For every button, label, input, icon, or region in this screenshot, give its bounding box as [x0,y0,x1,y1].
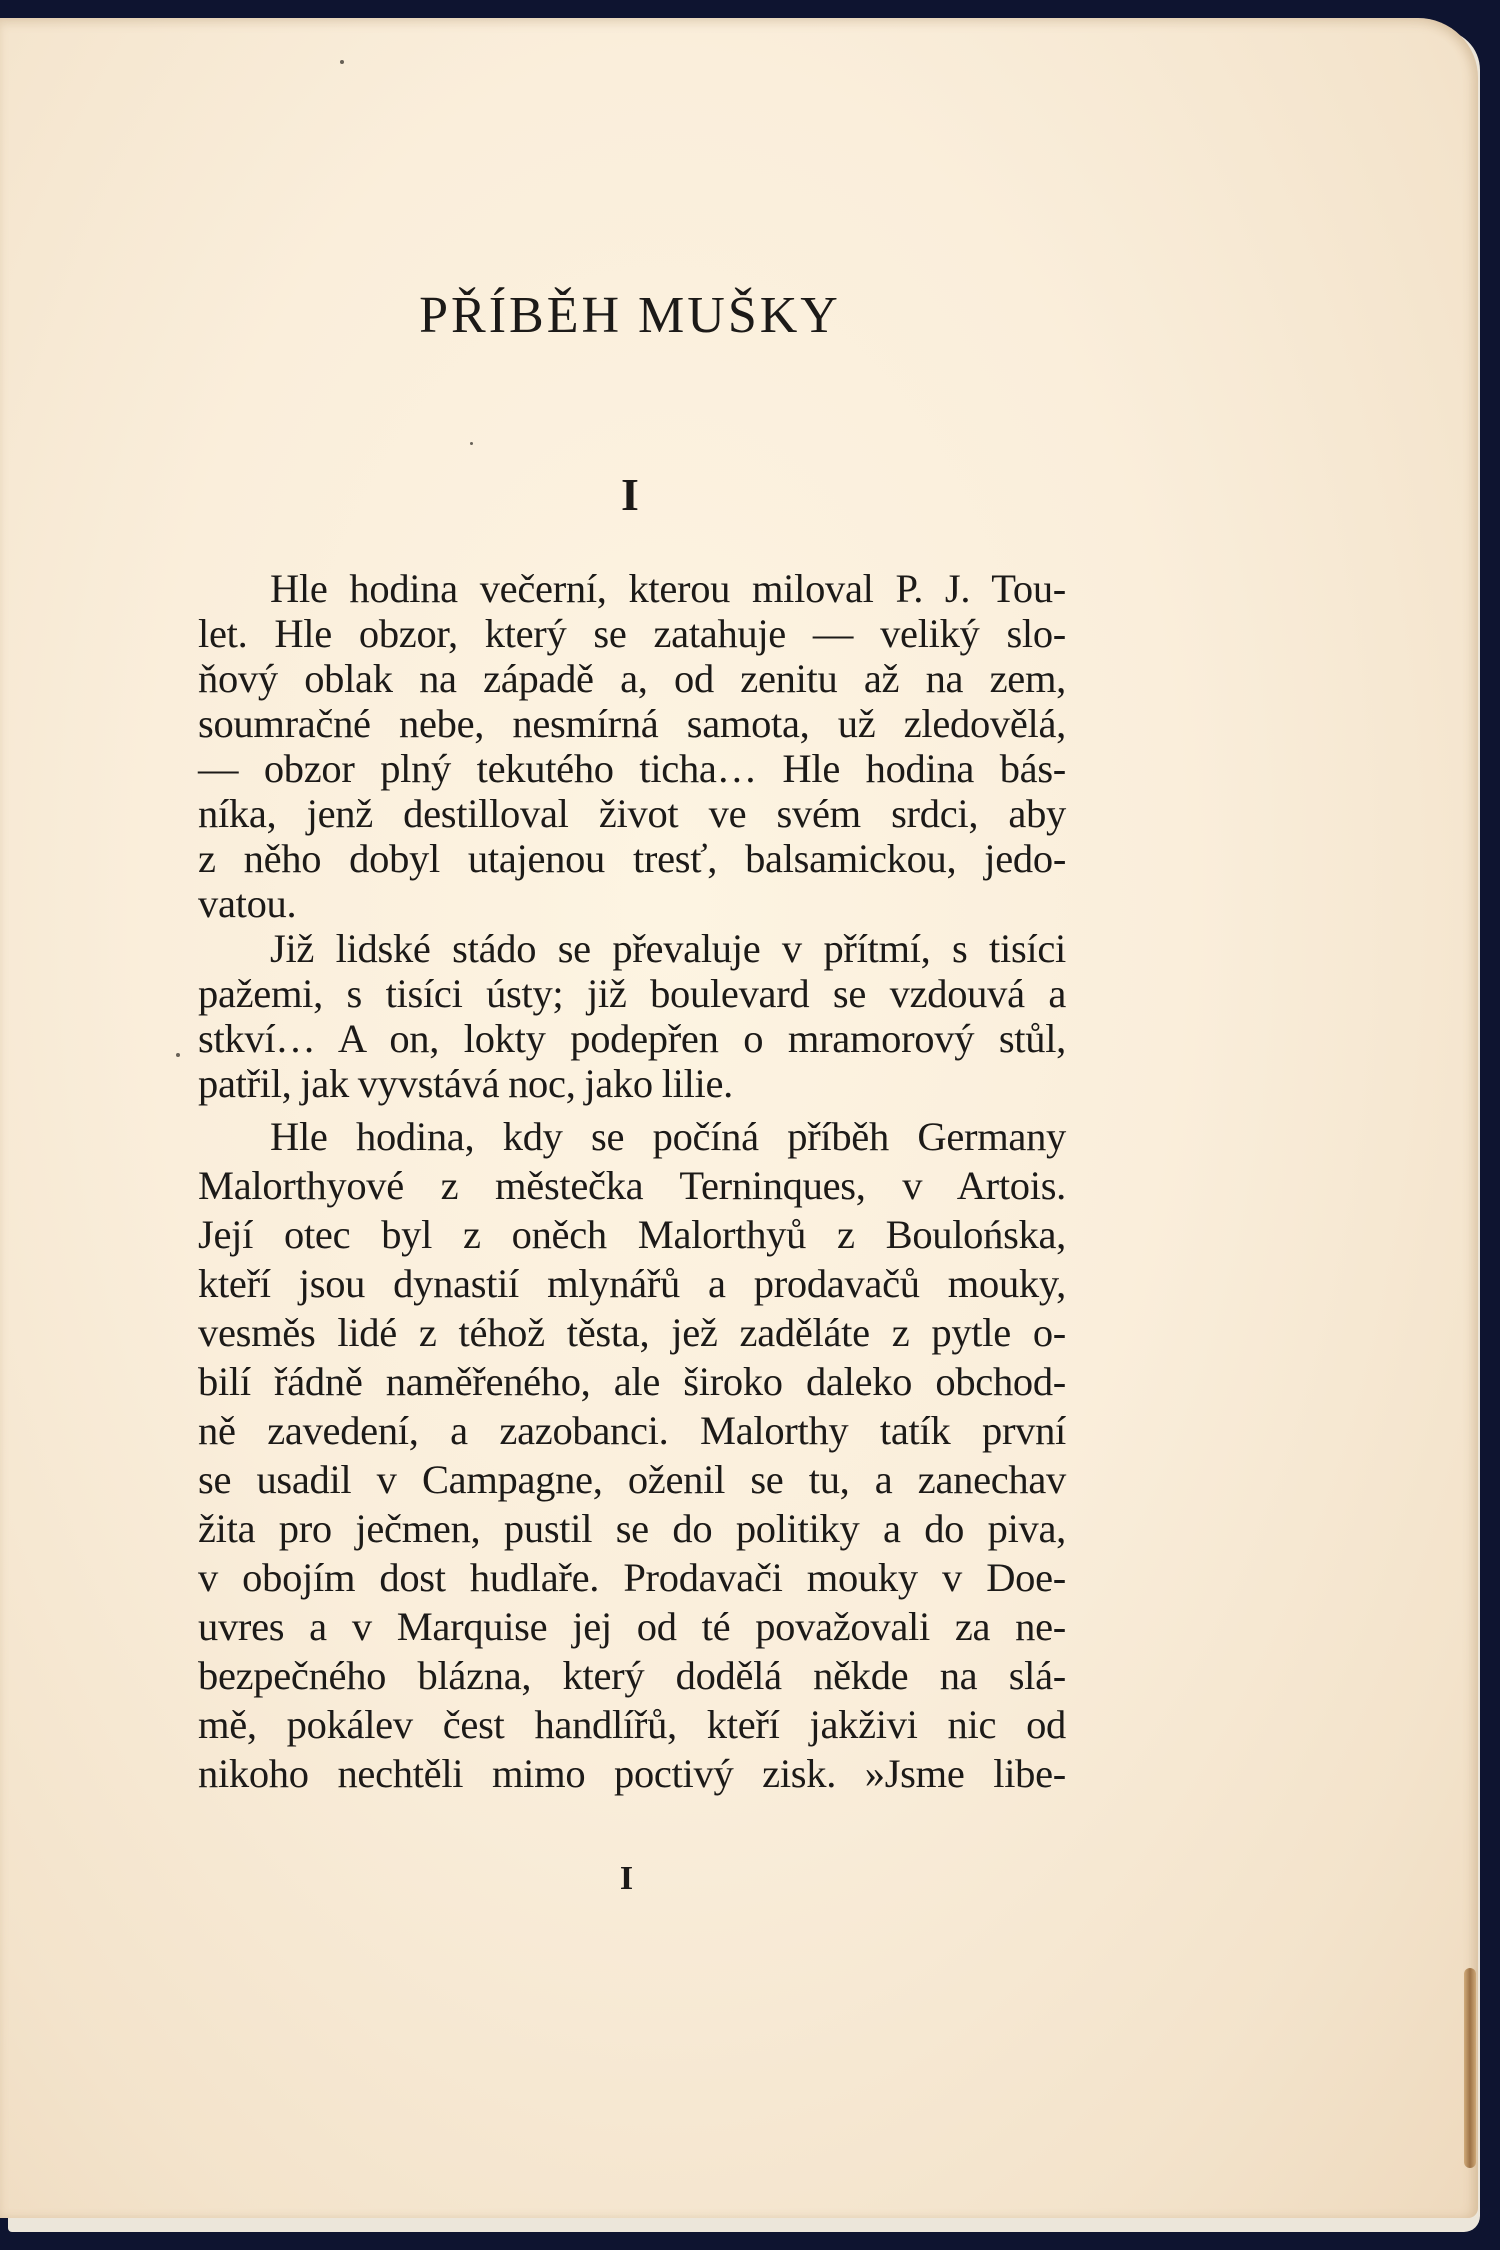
text-line: bezpečného blázna, který dodělá někde na… [198,1651,1066,1700]
paragraph-3: Hle hodina, kdy se počíná příběh Germany… [198,1112,1066,1798]
paper-speck [470,442,473,445]
paper-speck [340,60,344,64]
text-line: vatou. [198,881,1066,926]
paragraph-1: Hle hodina večerní, kterou miloval P. J.… [198,566,1066,1106]
text-line: stkví… A on, lokty podepřen o mramorový … [198,1016,1066,1061]
text-line: mě, pokálev čest handlířů, kteří jakživi… [198,1700,1066,1749]
text-line: let. Hle obzor, který se zatahuje — veli… [198,611,1066,656]
page-edge-stain [1464,1968,1476,2168]
text-line: patřil, jak vyvstává noc, jako lilie. [198,1061,1066,1106]
story-title: PŘÍBĚH MUŠKY [0,286,1260,345]
paper-page: PŘÍBĚH MUŠKY I Hle hodina večerní, ktero… [0,18,1478,2218]
text-line: Hle hodina večerní, kterou miloval P. J.… [198,566,1066,611]
text-line: vesměs lidé z téhož těsta, jež zaděláte … [198,1308,1066,1357]
text-line: soumračné nebe, nesmírná samota, už zled… [198,701,1066,746]
scanned-book-page: PŘÍBĚH MUŠKY I Hle hodina večerní, ktero… [0,0,1500,2250]
text-line: uvres a v Marquise jej od té považovali … [198,1602,1066,1651]
text-line: Již lidské stádo se převaluje v přítmí, … [198,926,1066,971]
text-line: níka, jenž destilloval život ve svém srd… [198,791,1066,836]
text-line: — obzor plný tekutého ticha… Hle hodina … [198,746,1066,791]
paper-speck [176,1053,180,1057]
page-number: I [0,1860,1253,1898]
text-line: se usadil v Campagne, oženil se tu, a za… [198,1455,1066,1504]
text-line: bilí řádně naměřeného, ale široko daleko… [198,1357,1066,1406]
text-line: ňový oblak na západě a, od zenitu až na … [198,656,1066,701]
text-line: Malorthyové z městečka Terninques, v Art… [198,1161,1066,1210]
text-line: žita pro ječmen, pustil se do politiky a… [198,1504,1066,1553]
text-line: kteří jsou dynastií mlynářů a prodavačů … [198,1259,1066,1308]
text-line: z něho dobyl utajenou tresť, balsamickou… [198,836,1066,881]
text-line: ně zavedení, a zazobanci. Malorthy tatík… [198,1406,1066,1455]
chapter-heading: I [0,468,1260,521]
text-line: pažemi, s tisíci ústy; již boulevard se … [198,971,1066,1016]
text-line: nikoho nechtěli mimo poctivý zisk. »Jsme… [198,1749,1066,1798]
text-line: Její otec byl z oněch Malorthyů z Bouloń… [198,1210,1066,1259]
text-line: v obojím dost hudlaře. Prodavači mouky v… [198,1553,1066,1602]
text-line: Hle hodina, kdy se počíná příběh Germany [198,1112,1066,1161]
